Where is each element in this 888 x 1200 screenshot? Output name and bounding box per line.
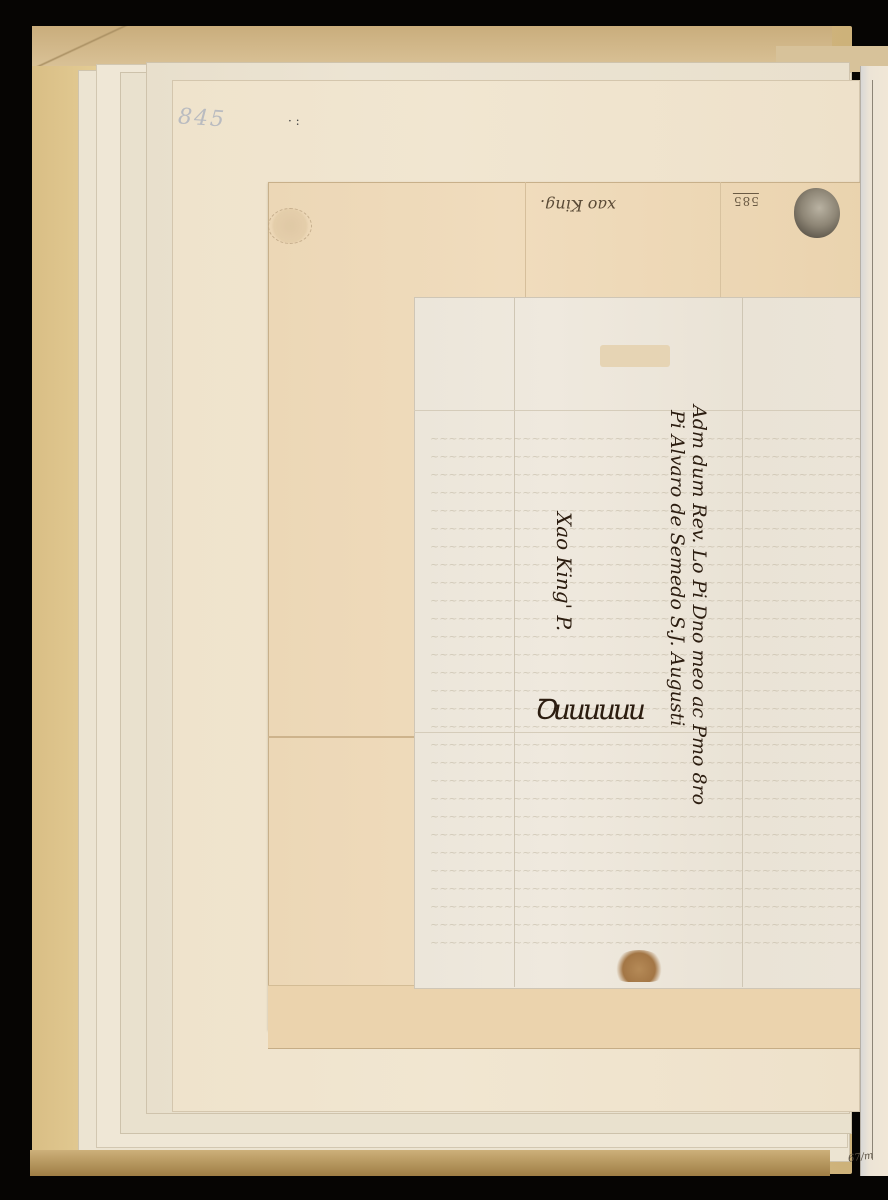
adjacent-page-edge: [860, 66, 888, 1176]
address-line-1: Adm dum Rev. Lo Pi Dno meo ac Pmo 8ro: [688, 405, 710, 805]
signature-flourish: Ꝺuuuuuu: [534, 690, 643, 728]
ink-dots: · :: [288, 114, 300, 128]
address-line-2: Pi Alvaro de Semedo S.J. Augusti: [666, 410, 688, 726]
signature-note: Xao King' P.: [552, 512, 576, 631]
mount-crease: [525, 182, 526, 297]
folder-corner-fold: [32, 26, 132, 66]
bleed-through-text: ~~~~~~~~~~~~~~~~~~~~~~~~~~~~~~~~~~~~~~~~…: [430, 430, 863, 952]
mount-crease: [720, 182, 721, 297]
pencil-folio-number: 845: [177, 104, 227, 132]
mount-annotation: xao King.: [540, 196, 616, 215]
mount-folio-number: 585: [733, 193, 759, 208]
mount-fold-line: [268, 736, 418, 738]
letter-fold: [414, 410, 870, 411]
seal-stain-icon: [613, 950, 665, 982]
folder-bottom-edge: [30, 1150, 830, 1176]
wax-seal-icon: [794, 188, 840, 238]
page-edge-line: [872, 80, 873, 1160]
mount-bottom-band: [268, 985, 868, 1049]
mount-stain: [268, 208, 312, 244]
folder-top-edge: [32, 26, 832, 66]
paper-damage: [600, 345, 670, 367]
